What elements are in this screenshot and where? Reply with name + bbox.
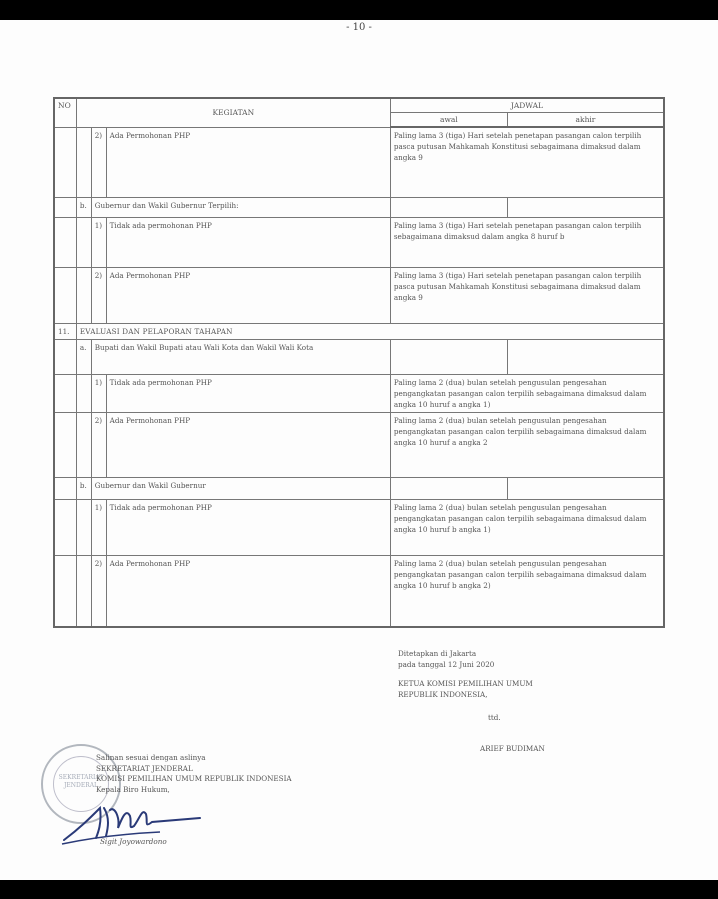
header-kegiatan: KEGIATAN xyxy=(76,98,390,127)
cell-letter xyxy=(76,217,91,267)
table-row: a.Bupati dan Wakil Bupati atau Wali Kota… xyxy=(54,339,664,374)
cell-no xyxy=(54,412,76,477)
table-row: 11.EVALUASI DAN PELAPORAN TAHAPAN xyxy=(54,323,664,339)
signature-title-1: KETUA KOMISI PEMILIHAN UMUM xyxy=(398,678,545,689)
table-row: 2)Ada Permohonan PHPPaling lama 2 (dua) … xyxy=(54,412,664,477)
cell-letter: b. xyxy=(76,197,91,217)
table-body: 2)Ada Permohonan PHPPaling lama 3 (tiga)… xyxy=(54,127,664,627)
cell-num: 1) xyxy=(91,374,106,412)
table-row: b.Gubernur dan Wakil Gubernur Terpilih: xyxy=(54,197,664,217)
cell-awal: Paling lama 3 (tiga) Hari setelah peneta… xyxy=(390,267,664,323)
header-no: NO xyxy=(54,98,76,127)
table-row: 1)Tidak ada permohonan PHPPaling lama 2 … xyxy=(54,499,664,555)
cell-awal: Paling lama 3 (tiga) Hari setelah peneta… xyxy=(390,127,664,197)
table-row: b.Gubernur dan Wakil Gubernur xyxy=(54,477,664,499)
table-row: 1)Tidak ada permohonan PHPPaling lama 3 … xyxy=(54,217,664,267)
cell-kegiatan: Ada Permohonan PHP xyxy=(106,267,390,323)
cell-kegiatan: Ada Permohonan PHP xyxy=(106,412,390,477)
cell-num: 2) xyxy=(91,267,106,323)
document-page: - 10 - NO KEGIATAN JADWAL awal akhir 2)A… xyxy=(0,20,718,880)
page-number: - 10 - xyxy=(0,22,718,33)
cell-num: 1) xyxy=(91,217,106,267)
copy-line-2: SEKRETARIAT JENDERAL xyxy=(96,764,292,775)
signatory-name: ARIEF BUDIMAN xyxy=(398,743,545,754)
cell-awal: Paling lama 2 (dua) bulan setelah pengus… xyxy=(390,412,664,477)
header-jadwal: JADWAL xyxy=(390,98,664,113)
cell-no xyxy=(54,197,76,217)
signature-place: Ditetapkan di Jakarta xyxy=(398,648,545,659)
cell-akhir xyxy=(507,477,664,499)
cell-num: 2) xyxy=(91,412,106,477)
header-awal: awal xyxy=(390,113,507,128)
table-row: 2)Ada Permohonan PHPPaling lama 3 (tiga)… xyxy=(54,127,664,197)
cell-letter xyxy=(76,374,91,412)
signature-ttd: ttd. xyxy=(398,712,545,723)
signature-date: pada tanggal 12 Juni 2020 xyxy=(398,659,545,670)
table-row: 1)Tidak ada permohonan PHPPaling lama 2 … xyxy=(54,374,664,412)
cell-num: 2) xyxy=(91,555,106,627)
cell-awal: Paling lama 2 (dua) bulan setelah pengus… xyxy=(390,374,664,412)
cell-no xyxy=(54,374,76,412)
cell-letter xyxy=(76,267,91,323)
header-akhir: akhir xyxy=(507,113,664,128)
cell-kegiatan: Tidak ada permohonan PHP xyxy=(106,217,390,267)
cell-awal xyxy=(390,477,507,499)
cell-kegiatan: Gubernur dan Wakil Gubernur xyxy=(91,477,390,499)
table-row: 2)Ada Permohonan PHPPaling lama 2 (dua) … xyxy=(54,555,664,627)
cell-kegiatan: Tidak ada permohonan PHP xyxy=(106,374,390,412)
cell-letter xyxy=(76,555,91,627)
cell-awal xyxy=(390,339,507,374)
handwritten-signature-icon xyxy=(60,788,210,848)
cell-akhir xyxy=(507,339,664,374)
cell-awal: Paling lama 2 (dua) bulan setelah pengus… xyxy=(390,499,664,555)
cell-letter xyxy=(76,412,91,477)
cell-kegiatan: Ada Permohonan PHP xyxy=(106,127,390,197)
cell-awal: Paling lama 3 (tiga) Hari setelah peneta… xyxy=(390,217,664,267)
copy-line-1: Salinan sesuai dengan aslinya xyxy=(96,753,292,764)
cell-awal: Paling lama 2 (dua) bulan setelah pengus… xyxy=(390,555,664,627)
signature-title-2: REPUBLIK INDONESIA, xyxy=(398,689,545,700)
signature-block: Ditetapkan di Jakarta pada tanggal 12 Ju… xyxy=(398,648,545,754)
cell-letter xyxy=(76,127,91,197)
cell-letter: b. xyxy=(76,477,91,499)
cell-num: 1) xyxy=(91,499,106,555)
cell-no xyxy=(54,267,76,323)
cell-kegiatan: Tidak ada permohonan PHP xyxy=(106,499,390,555)
copy-line-3: KOMISI PEMILIHAN UMUM REPUBLIK INDONESIA xyxy=(96,774,292,785)
cell-no xyxy=(54,499,76,555)
cell-letter: a. xyxy=(76,339,91,374)
cell-kegiatan: EVALUASI DAN PELAPORAN TAHAPAN xyxy=(76,323,664,339)
cell-no xyxy=(54,127,76,197)
cell-no xyxy=(54,217,76,267)
table-row: 2)Ada Permohonan PHPPaling lama 3 (tiga)… xyxy=(54,267,664,323)
cell-akhir xyxy=(507,197,664,217)
cell-no xyxy=(54,555,76,627)
cell-awal xyxy=(390,197,507,217)
cell-no xyxy=(54,477,76,499)
schedule-table: NO KEGIATAN JADWAL awal akhir 2)Ada Perm… xyxy=(53,97,665,628)
cell-kegiatan: Ada Permohonan PHP xyxy=(106,555,390,627)
cell-letter xyxy=(76,499,91,555)
cell-no xyxy=(54,339,76,374)
cell-kegiatan: Bupati dan Wakil Bupati atau Wali Kota d… xyxy=(91,339,390,374)
cell-kegiatan: Gubernur dan Wakil Gubernur Terpilih: xyxy=(91,197,390,217)
cell-no: 11. xyxy=(54,323,76,339)
cell-num: 2) xyxy=(91,127,106,197)
